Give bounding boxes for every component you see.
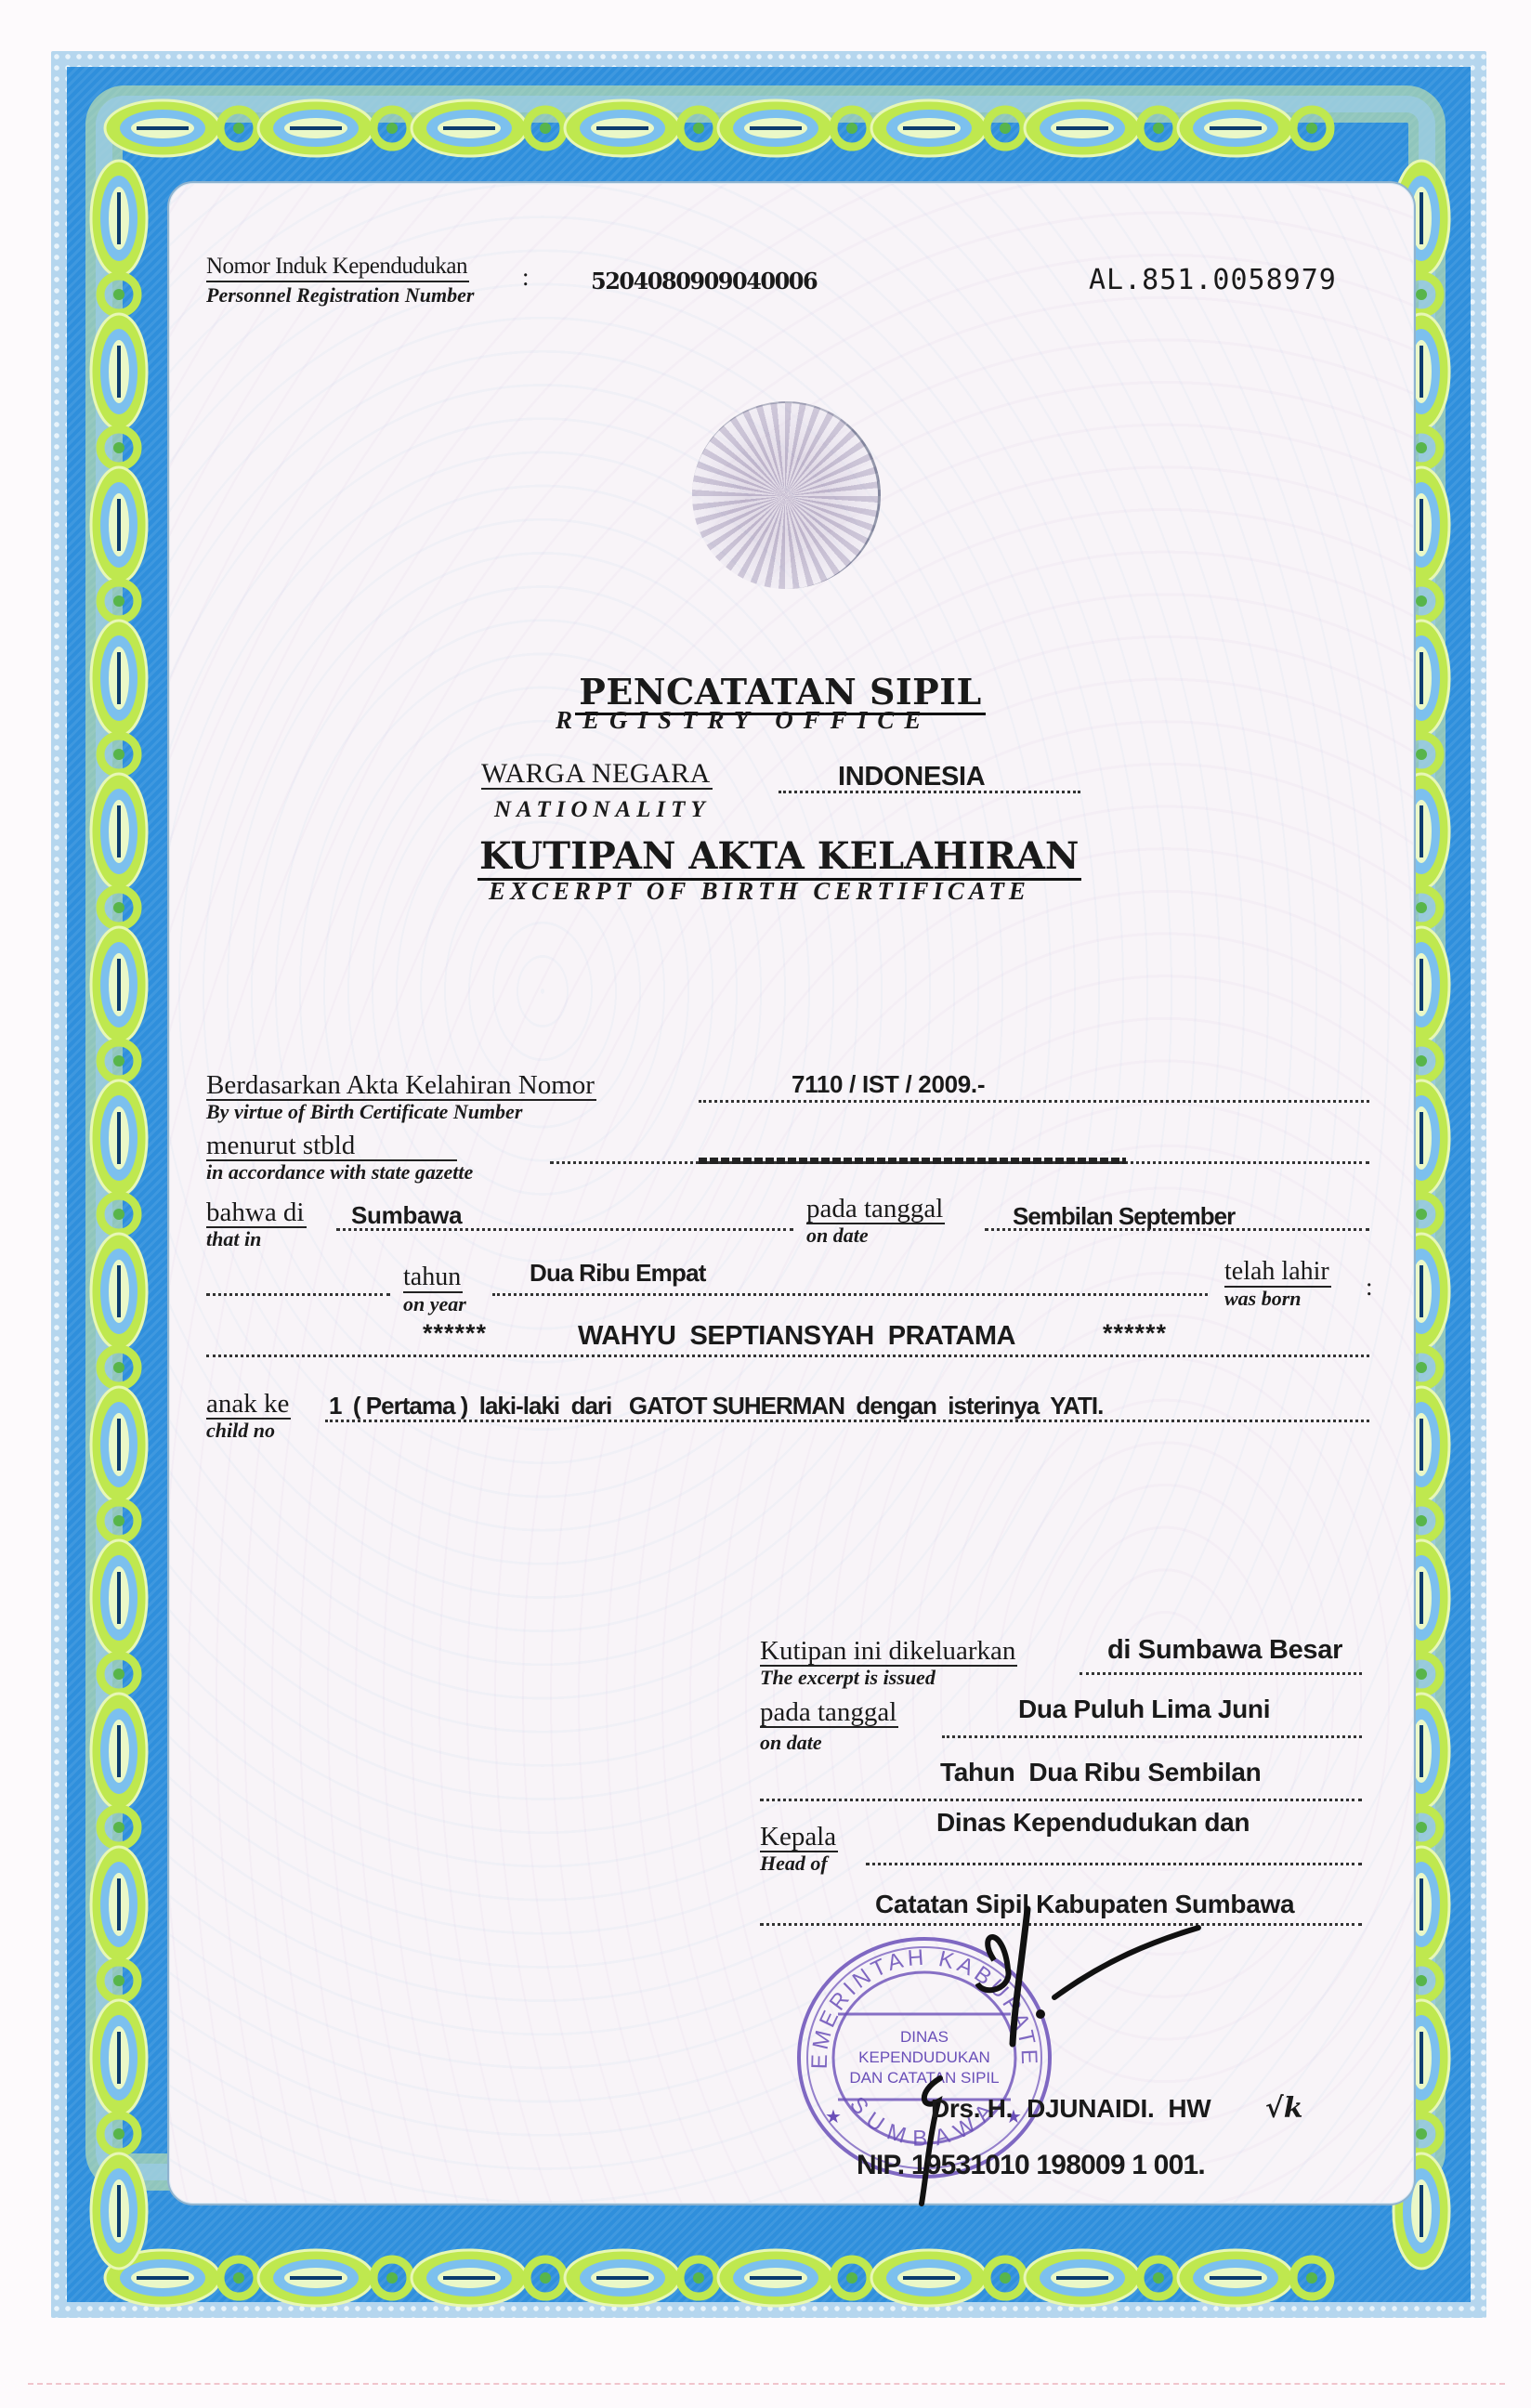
head-dotted-line1 xyxy=(866,1863,1362,1865)
document-title: KUTIPAN AKTA KELAHIRAN xyxy=(478,834,1081,881)
stbld-strikeout xyxy=(699,1158,1126,1164)
office-title-en: REGISTRY OFFICE xyxy=(556,706,931,735)
head-label-en: Head of xyxy=(760,1852,838,1875)
issued-place-dotted-line xyxy=(1080,1672,1362,1675)
paraf-icon: √k xyxy=(1265,2092,1303,2125)
svg-text:DINAS: DINAS xyxy=(900,2028,949,2046)
official-name: Drs. H. DJUNAIDI. HW xyxy=(931,2094,1210,2124)
nik-separator: : xyxy=(522,263,530,291)
date-label: pada tanggal xyxy=(806,1195,945,1224)
born-label-group: telah lahir was born xyxy=(1224,1258,1331,1310)
nationality-label: WARGA NEGARA xyxy=(481,760,713,790)
place-dotted-line xyxy=(336,1228,793,1231)
child-name-value: WAHYU SEPTIANSYAH PRATAMA xyxy=(578,1321,1015,1352)
cert-number-label-group: Berdasarkan Akta Kelahiran Nomor By virt… xyxy=(206,1071,596,1123)
place-label-group: bahwa di that in xyxy=(206,1198,307,1250)
name-dotted-line xyxy=(206,1354,1369,1357)
stbld-label: menurut stbld xyxy=(206,1132,457,1161)
nationality-dotted-line xyxy=(779,791,1080,793)
issued-label-en: The excerpt is issued xyxy=(760,1667,1017,1689)
place-value: Sumbawa xyxy=(351,1201,462,1230)
child-no-label: anak ke xyxy=(206,1390,291,1420)
nationality-label-en: NATIONALITY xyxy=(494,797,711,823)
cert-number-dotted-line xyxy=(699,1100,1369,1103)
place-label-en: that in xyxy=(206,1228,307,1250)
date-value: Sembilan September xyxy=(1013,1202,1235,1231)
issued-date-line1: Dua Puluh Lima Juni xyxy=(1018,1695,1270,1724)
year-left-dotted-line xyxy=(206,1293,390,1296)
issued-date-label-group: pada tanggal on date xyxy=(760,1698,898,1754)
nik-label-en: Personnel Registration Number xyxy=(206,284,474,307)
year-dotted-line xyxy=(492,1293,1208,1296)
issued-label-group: Kutipan ini dikeluarkan The excerpt is i… xyxy=(760,1637,1017,1689)
document-title-wrap: KUTIPAN AKTA KELAHIRAN xyxy=(478,834,1081,878)
born-label-en: was born xyxy=(1224,1288,1331,1310)
stbld-label-group: menurut stbld in accordance with state g… xyxy=(206,1132,473,1184)
cert-number-label-en: By virtue of Birth Certificate Number xyxy=(206,1101,596,1123)
head-label: Kepala xyxy=(760,1823,838,1852)
issued-label: Kutipan ini dikeluarkan xyxy=(760,1637,1017,1667)
cert-number-label: Berdasarkan Akta Kelahiran Nomor xyxy=(206,1071,596,1101)
child-no-value: 1 ( Pertama ) laki-laki dari GATOT SUHER… xyxy=(329,1392,1103,1420)
year-label-en: on year xyxy=(403,1293,466,1315)
name-stars-left: ****** xyxy=(423,1319,487,1348)
stbld-label-en: in accordance with state gazette xyxy=(206,1161,473,1184)
child-no-dotted-line xyxy=(325,1420,1369,1422)
nik-value: 5204080909040006 xyxy=(591,268,817,294)
date-label-group: pada tanggal on date xyxy=(806,1195,945,1247)
nationality-value: INDONESIA xyxy=(838,762,985,792)
issued-place-value: di Sumbawa Besar xyxy=(1107,1635,1342,1666)
official-nip: NIP. 19531010 198009 1 001. xyxy=(857,2150,1205,2181)
head-label-group: Kepala Head of xyxy=(760,1823,838,1875)
serial-number: AL.851.0058979 xyxy=(1089,264,1337,296)
cert-number-value: 7110 / IST / 2009.- xyxy=(792,1070,985,1099)
issued-date-dotted-line2 xyxy=(760,1799,1362,1801)
child-no-label-en: child no xyxy=(206,1420,291,1442)
embossed-seal-icon xyxy=(692,401,881,589)
place-label: bahwa di xyxy=(206,1198,307,1228)
year-label-group: tahun on year xyxy=(403,1263,466,1315)
signature-icon xyxy=(975,1895,1236,2081)
issued-date-dotted-line1 xyxy=(942,1735,1362,1738)
issued-date-label: pada tanggal xyxy=(760,1698,898,1728)
year-value: Dua Ribu Empat xyxy=(530,1259,706,1288)
page-edge-line xyxy=(28,2383,1505,2385)
head-line1: Dinas Kependudukan dan xyxy=(936,1808,1250,1838)
svg-text:★: ★ xyxy=(825,2107,842,2127)
issued-date-line2: Tahun Dua Ribu Sembilan xyxy=(940,1758,1261,1787)
year-label: tahun xyxy=(403,1263,463,1293)
child-no-label-group: anak ke child no xyxy=(206,1390,291,1442)
born-label: telah lahir xyxy=(1224,1258,1331,1288)
name-stars-right: ****** xyxy=(1103,1319,1167,1348)
nik-label: Nomor Induk Kependudukan xyxy=(206,253,469,282)
nationality-label-group: WARGA NEGARA NATIONALITY xyxy=(481,760,713,790)
date-label-en: on date xyxy=(806,1224,945,1247)
date-dotted-line xyxy=(985,1228,1369,1231)
nik-label-group: Nomor Induk Kependudukan Personnel Regis… xyxy=(206,253,474,307)
issued-date-label-en: on date xyxy=(760,1732,898,1754)
document-title-en: EXCERPT OF BIRTH CERTIFICATE xyxy=(489,877,1030,906)
born-separator: : xyxy=(1366,1273,1373,1301)
svg-text:KEPENDUDUKAN: KEPENDUDUKAN xyxy=(858,2048,990,2066)
